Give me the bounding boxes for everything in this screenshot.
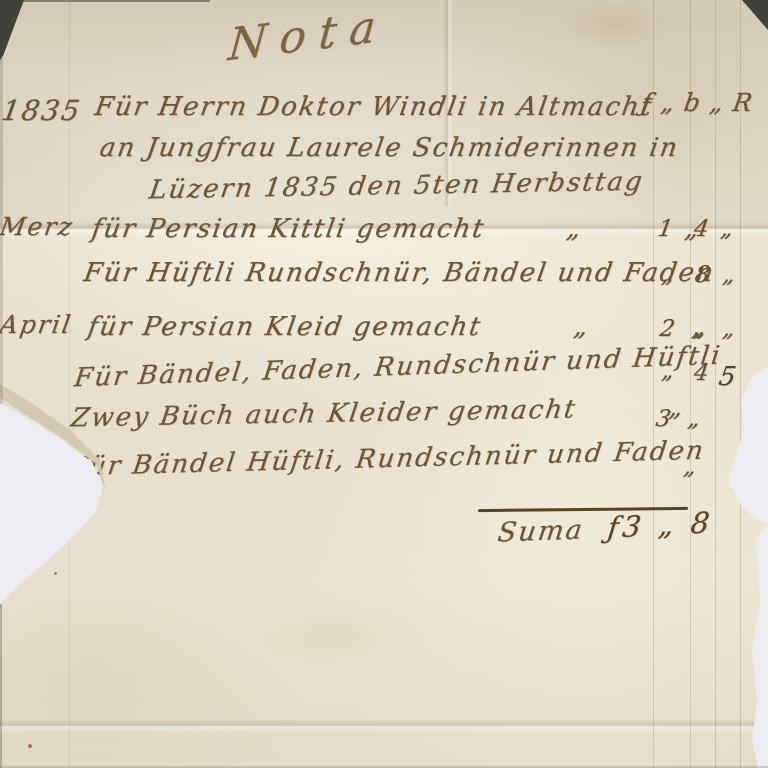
amount-col2: 4 — [692, 360, 711, 386]
currency-column-headers: ƒ „ b „ R — [640, 88, 755, 117]
address-line: an Jungfrau Laurele Schmiderinnen in — [98, 133, 681, 163]
entry-description: Für Bändel, Faden, Rundschnür und Hüftli — [73, 341, 724, 393]
red-speck-stain — [28, 744, 32, 748]
amount-col1: „ — [682, 454, 698, 480]
year-label: 1835 — [0, 94, 84, 127]
age-stain-bottom — [250, 600, 430, 670]
month-label: April — [0, 310, 74, 339]
amount-col3: „ — [721, 316, 737, 342]
left-edge-shadow-lower — [0, 604, 2, 768]
amount-col3: „ — [721, 262, 737, 288]
left-edge-shadow — [0, 58, 3, 404]
amount-col1: „ — [660, 358, 676, 384]
top-edge-shadow — [0, 0, 210, 2]
amount-col2: 4 — [692, 216, 711, 242]
amount-col3: „ — [719, 216, 735, 242]
scanned-document: Nota 1835 Für Herrn Doktor Windli in Alt… — [0, 0, 768, 768]
ink-speck — [54, 572, 57, 575]
sum-label: Suma — [496, 515, 586, 549]
entry-description: für Persian Kittli gemacht „ „ — [90, 214, 703, 244]
sum-value: ƒ3 „ 8 — [606, 505, 715, 544]
entry-row: Für Hüftli Rundschnür, Bändel und Faden … — [0, 254, 768, 300]
entry-row: Für Bändel, Faden, Rundschnür und Hüftli… — [0, 348, 768, 394]
entry-description: Für Bändel Hüftli, Rundschnür und Faden — [67, 436, 707, 483]
amount-col1: 3 — [654, 406, 673, 432]
amount-col2: „ — [686, 406, 702, 432]
month-label: Merz — [0, 212, 76, 241]
recipient-line: Für Herrn Doktor Windli in Altmacht — [93, 92, 656, 122]
age-stain-top — [560, 0, 670, 48]
entry-row: Zwey Büch auch Kleider gemacht „ 3 „ — [0, 394, 768, 440]
entry-description: Für Hüftli Rundschnür, Bändel und Faden — [82, 258, 717, 288]
amount-col3: 5 — [717, 362, 738, 392]
entry-description: Zwey Büch auch Kleider gemacht „ — [69, 393, 687, 434]
entry-row: Merz für Persian Kittli gemacht „ „ 1 4 … — [0, 210, 768, 256]
entry-row: Für Bändel Hüftli, Rundschnür und Faden … — [0, 438, 768, 484]
entry-description: für Persian Kleid gemacht „ „ — [86, 312, 710, 342]
